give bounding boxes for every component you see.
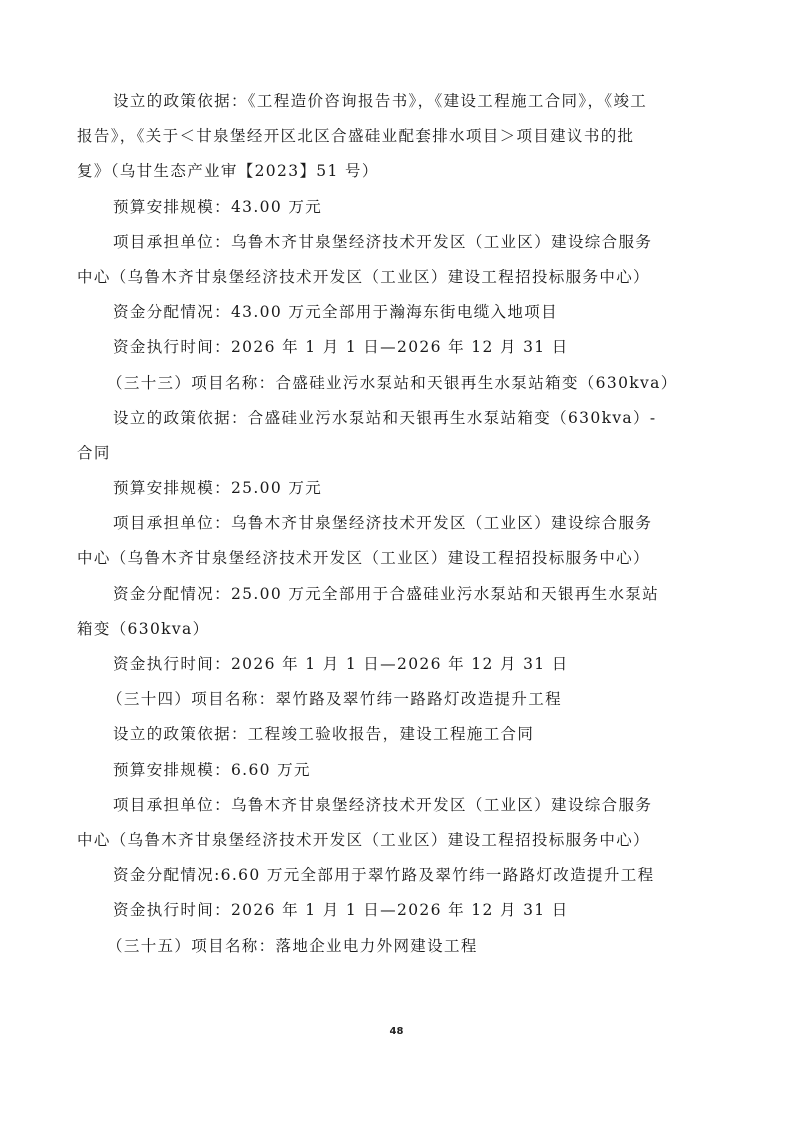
- responsible-unit-line: 项目承担单位：乌鲁木齐甘泉堡经济技术开发区（工业区）建设综合服务: [77, 225, 709, 260]
- responsible-unit-continuation: 中心（乌鲁木齐甘泉堡经济技术开发区（工业区）建设工程招投标服务中心）: [77, 541, 709, 576]
- responsible-unit-continuation: 中心（乌鲁木齐甘泉堡经济技术开发区（工业区）建设工程招投标服务中心）: [77, 823, 709, 858]
- responsible-unit-line: 项目承担单位：乌鲁木齐甘泉堡经济技术开发区（工业区）建设综合服务: [77, 788, 709, 823]
- execution-time-line: 资金执行时间：2026 年 1 月 1 日—2026 年 12 月 31 日: [77, 647, 709, 682]
- policy-basis-line: 设立的政策依据：工程竣工验收报告，建设工程施工合同: [77, 717, 709, 752]
- project-34-heading: （三十四）项目名称：翠竹路及翠竹纬一路路灯改造提升工程: [77, 682, 709, 717]
- execution-time-line: 资金执行时间：2026 年 1 月 1 日—2026 年 12 月 31 日: [77, 893, 709, 928]
- policy-basis-continuation: 复》（乌甘生态产业审【2023】51 号）: [77, 154, 709, 189]
- page-body: 设立的政策依据：《工程造价咨询报告书》，《建设工程施工合同》，《竣工 报告》，《…: [77, 84, 709, 964]
- budget-scale-line: 预算安排规模：25.00 万元: [77, 471, 709, 506]
- page-number: 48: [0, 1026, 793, 1037]
- document-page: 设立的政策依据：《工程造价咨询报告书》，《建设工程施工合同》，《竣工 报告》，《…: [0, 0, 793, 1122]
- policy-basis-continuation: 合同: [77, 436, 709, 471]
- responsible-unit-line: 项目承担单位：乌鲁木齐甘泉堡经济技术开发区（工业区）建设综合服务: [77, 506, 709, 541]
- fund-allocation-line: 资金分配情况：25.00 万元全部用于合盛硅业污水泵站和天银再生水泵站: [77, 577, 709, 612]
- project-35-heading: （三十五）项目名称：落地企业电力外网建设工程: [77, 929, 709, 964]
- project-33-heading: （三十三）项目名称：合盛硅业污水泵站和天银再生水泵站箱变（630kva）: [77, 366, 709, 401]
- fund-allocation-line: 资金分配情况:6.60 万元全部用于翠竹路及翠竹纬一路路灯改造提升工程: [77, 858, 709, 893]
- policy-basis-line: 设立的政策依据：合盛硅业污水泵站和天银再生水泵站箱变（630kva）-: [77, 401, 709, 436]
- execution-time-line: 资金执行时间：2026 年 1 月 1 日—2026 年 12 月 31 日: [77, 330, 709, 365]
- responsible-unit-continuation: 中心（乌鲁木齐甘泉堡经济技术开发区（工业区）建设工程招投标服务中心）: [77, 260, 709, 295]
- fund-allocation-continuation: 箱变（630kva）: [77, 612, 709, 647]
- budget-scale-line: 预算安排规模：43.00 万元: [77, 190, 709, 225]
- policy-basis-continuation: 报告》，《关于＜甘泉堡经开区北区合盛硅业配套排水项目＞项目建议书的批: [77, 119, 709, 154]
- budget-scale-line: 预算安排规模：6.60 万元: [77, 753, 709, 788]
- policy-basis-line: 设立的政策依据：《工程造价咨询报告书》，《建设工程施工合同》，《竣工: [77, 84, 709, 119]
- fund-allocation-line: 资金分配情况：43.00 万元全部用于瀚海东街电缆入地项目: [77, 295, 709, 330]
